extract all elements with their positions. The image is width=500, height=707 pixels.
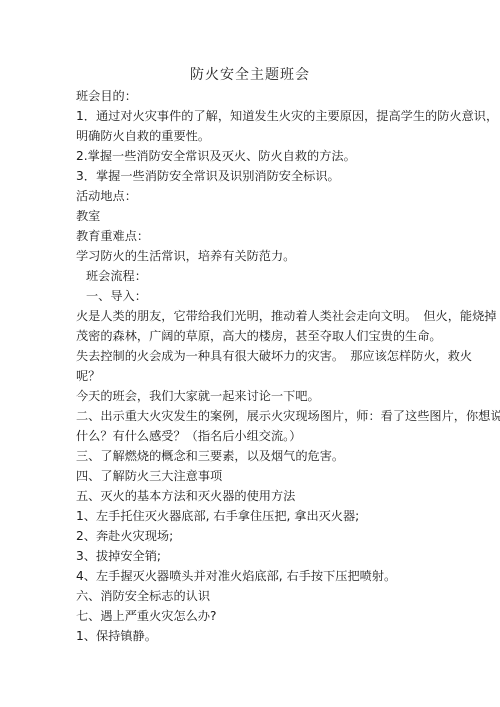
objective-2: 2.掌握一些消防安全常识及灭火、防火自救的方法。 — [76, 146, 436, 166]
step-3-heading: 三、了解燃烧的概念和三要素，以及烟气的危害。 — [76, 446, 436, 466]
list-item: 3、拔掉安全销; — [76, 546, 436, 566]
step-2-heading: 二、出示重大火灾发生的案例，展示火灾现场图片，师：看了这些图片，你想说 — [76, 406, 436, 426]
paragraph-line: 今天的班会，我们大家就一起来讨论一下吧。 — [76, 386, 436, 406]
paragraph-line: 呢？ — [76, 366, 436, 386]
paragraph-line: 火是人类的朋友，它带给我们光明，推动着人类社会走向文明。 但火，能烧掉 — [76, 306, 436, 326]
list-item: 1、左手托住灭火器底部, 右手拿住压把, 拿出灭火器; — [76, 506, 436, 526]
objective-3: 3．掌握一些消防安全常识及识别消防安全标识。 — [76, 166, 436, 186]
paragraph-line: 失去控制的火会成为一种具有很大破坏力的灾害。 那应该怎样防火，救火 — [76, 346, 436, 366]
location-value: 教室 — [76, 206, 436, 226]
section-heading-objectives: 班会目的： — [76, 86, 436, 106]
step-5-heading: 五、灭火的基本方法和灭火器的使用方法 — [76, 486, 436, 506]
section-heading-location: 活动地点： — [76, 186, 436, 206]
list-item: 1、保持镇静。 — [76, 626, 436, 646]
section-heading-process: 班会流程： — [76, 266, 436, 286]
list-item: 4、左手握灭火器喷头并对准火焰底部, 右手按下压把喷射。 — [76, 566, 436, 586]
step-1-heading: 一、导入： — [76, 286, 436, 306]
list-item: 2、奔赴火灾现场; — [76, 526, 436, 546]
objective-1-cont: 明确防火自救的重要性。 — [76, 126, 436, 146]
document-body: 班会目的： 1．通过对火灾事件的了解，知道发生火灾的主要原因，提高学生的防火意识… — [76, 86, 436, 646]
step-6-heading: 六、消防安全标志的认识 — [76, 586, 436, 606]
objective-1: 1．通过对火灾事件的了解，知道发生火灾的主要原因，提高学生的防火意识， — [76, 106, 436, 126]
step-2-cont: 什么？有什么感受？（指名后小组交流。） — [76, 426, 436, 446]
document-page: 防火安全主题班会 班会目的： 1．通过对火灾事件的了解，知道发生火灾的主要原因，… — [0, 0, 500, 707]
section-heading-key-points: 教育重难点： — [76, 226, 436, 246]
document-title: 防火安全主题班会 — [0, 64, 500, 84]
step-4-heading: 四、了解防火三大注意事项 — [76, 466, 436, 486]
step-7-heading: 七、遇上严重火灾怎么办? — [76, 606, 436, 626]
key-points-value: 学习防火的生活常识，培养有关防范力。 — [76, 246, 436, 266]
paragraph-line: 茂密的森林，广阔的草原，高大的楼房，甚至夺取人们宝贵的生命。 — [76, 326, 436, 346]
